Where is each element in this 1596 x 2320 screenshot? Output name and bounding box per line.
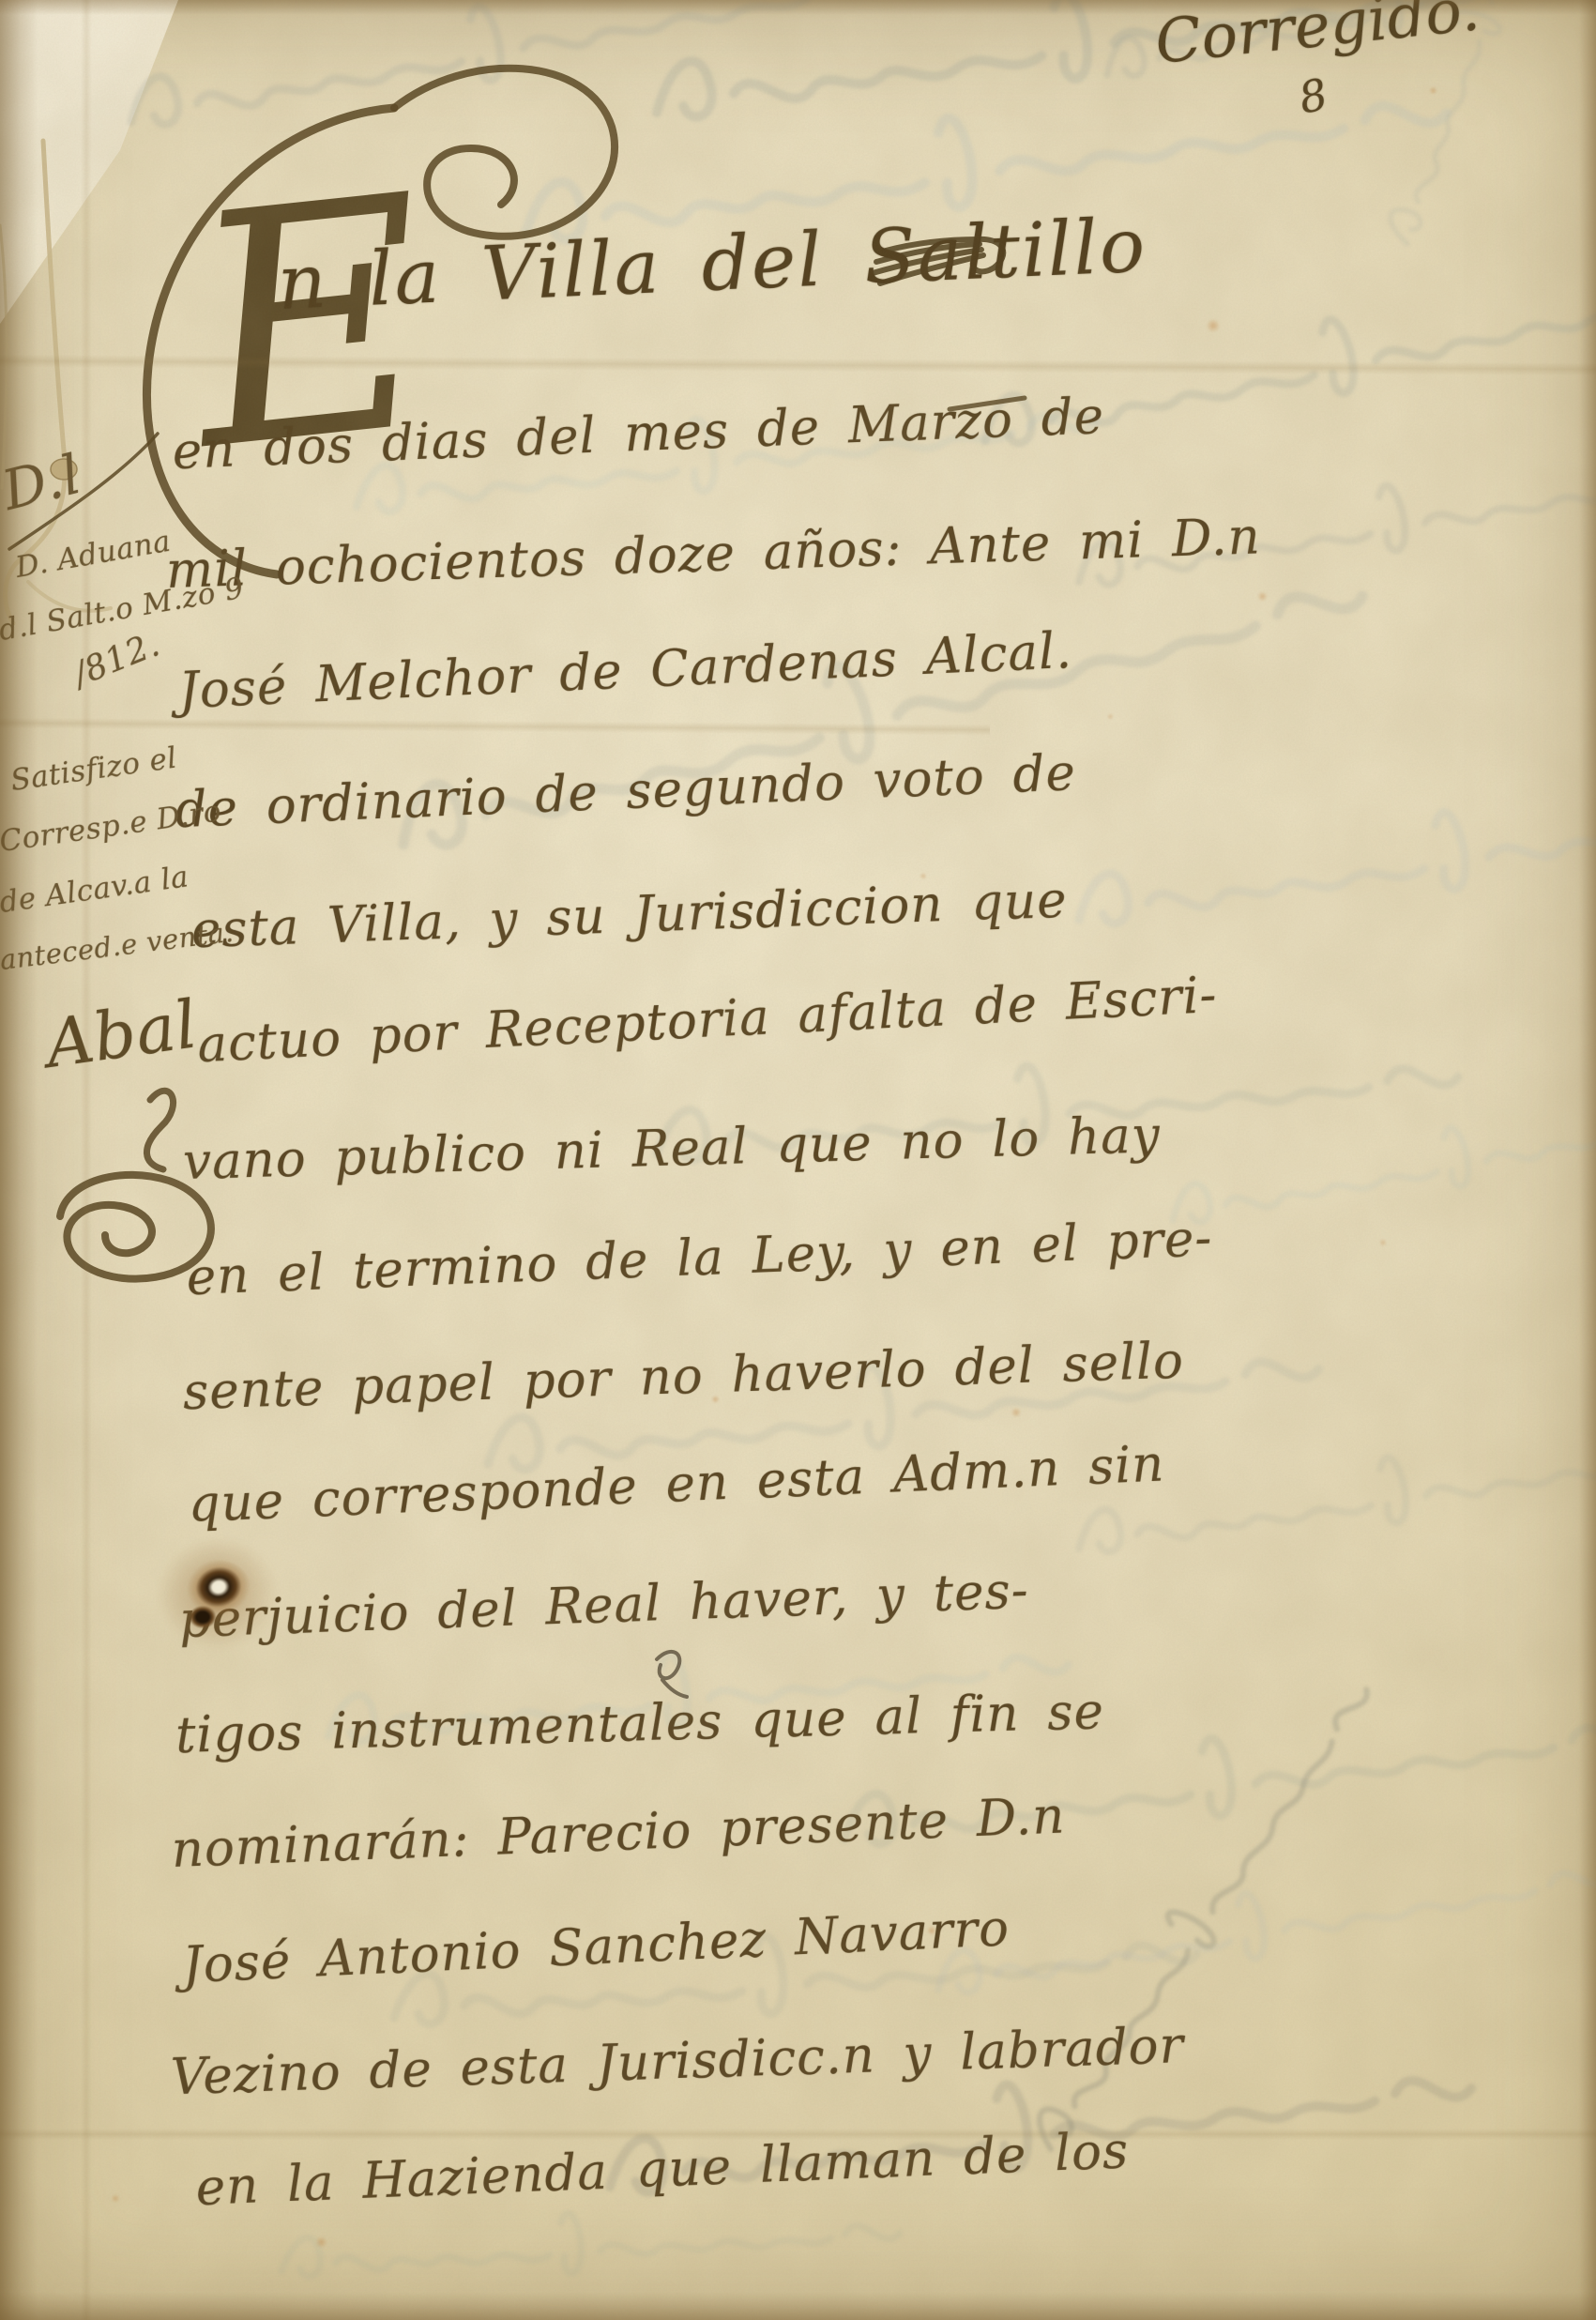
foxing-spot: [1206, 319, 1221, 332]
foxing-spot: [1107, 713, 1114, 720]
page-bottom-edge: [0, 2292, 1596, 2320]
manuscript-line: mil ochocientos doze años: Ante mi D.n: [165, 509, 1261, 601]
rubric-squiggle: [146, 1091, 173, 1169]
page-number: 8: [1295, 72, 1330, 120]
initial-swash-arc: [146, 108, 394, 574]
manuscript-line: que corresponde en esta Adm.n sin: [187, 1436, 1165, 1534]
manuscript-line: en el termino de la Ley, y en el pre-: [186, 1211, 1214, 1307]
foxing-spot: [1257, 591, 1268, 602]
foxing-spot: [920, 873, 927, 879]
foxing-spot: [927, 1926, 936, 1935]
burn-hole-small: [186, 1603, 220, 1631]
manuscript-line: Vezino de esta Jurisdicc.n y labrador: [170, 2018, 1185, 2107]
ghost-stroke: [1165, 1071, 1596, 1237]
margin-rubric-word: Abal: [41, 988, 202, 1081]
small-ink-doodle: [657, 1652, 687, 1697]
fold-crease-vertical: [81, 0, 92, 2320]
manuscript-line: tigos instrumentales que al fin se: [175, 1684, 1104, 1765]
foxing-spot: [1379, 1239, 1387, 1246]
manuscript-line: vano publico ni Real que no lo hay: [182, 1107, 1161, 1192]
ghost-stroke: [1072, 753, 1596, 941]
manuscript-line: actuo por Receptoria afalta de Escri-: [196, 968, 1219, 1075]
foxing-spot: [315, 2236, 327, 2248]
foxing-spot: [1429, 86, 1437, 95]
manuscript-line: esta Villa, y su Jurisdiccion que: [190, 872, 1069, 960]
foxing-spot: [1011, 1408, 1022, 1417]
fold-crease: [0, 355, 1596, 376]
foxing-spot: [711, 1396, 720, 1403]
fold-crease: [0, 2129, 1596, 2140]
manuscript-line: José Antonio Sanchez Navarro: [181, 1900, 1011, 1995]
manuscript-line: perjuicio del Real haver, y tes-: [178, 1563, 1030, 1650]
ghost-stroke: [1019, 1671, 1383, 2158]
page-top-edge: [0, 0, 1596, 15]
manuscript-line: nominarán: Parecio presente D.n: [171, 1788, 1067, 1879]
manuscript-line: de ordinario de segundo voto de: [174, 745, 1077, 840]
binding-edge-shadow: [0, 0, 38, 2320]
ghost-stroke: [931, 1837, 1596, 2008]
manuscript-line: en dos dias del mes de Marzo de: [172, 389, 1105, 481]
ghost-stroke: [122, 0, 897, 143]
manuscript-line: sente papel por no haverlo del sello: [182, 1334, 1185, 1422]
foxing-spot: [111, 2194, 120, 2203]
initial-swash-loop: [394, 69, 615, 237]
page-right-edge: [1579, 0, 1596, 2320]
manuscript-line: José Melchor de Cardenas Alcal.: [177, 623, 1073, 721]
fold-crease: [0, 717, 990, 735]
heading-line: n la Villa del Saltillo: [276, 205, 1148, 325]
manuscript-page: E Corregido. 8 n la Villa del Saltillo e…: [0, 0, 1596, 2320]
